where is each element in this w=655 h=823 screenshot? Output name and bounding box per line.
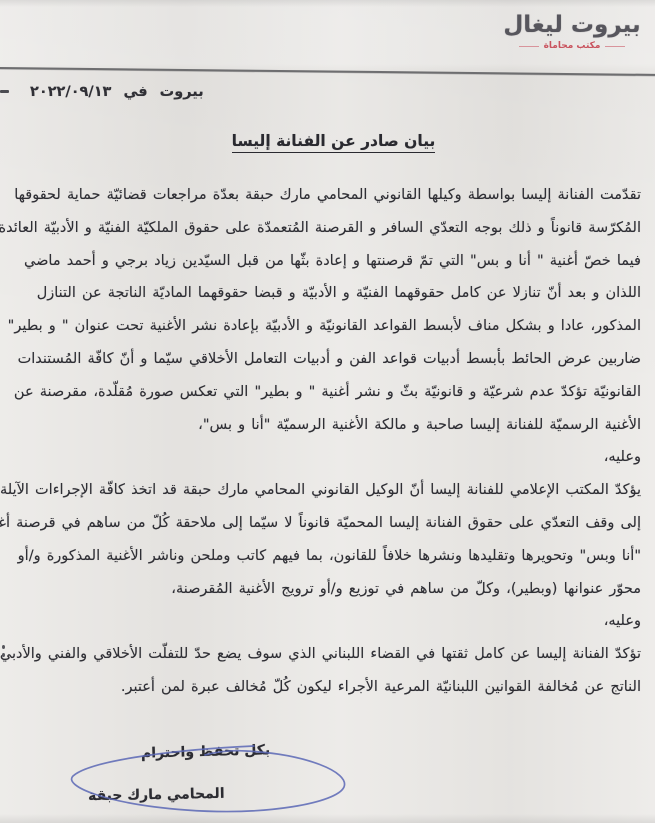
letterhead-divider (0, 67, 655, 76)
body-line: المُكرّسة قانوناً و ذلك بوجه التعدّي الس… (6, 212, 641, 245)
body-line: يؤكدّ المكتب الإعلامي للفنانة إليسا أنّ … (6, 474, 641, 507)
firm-logo-subtitle-text: مكتب محاماة (544, 41, 601, 51)
scan-speck (0, 90, 9, 93)
body-line: إلى وقف التعدّي على حقوق الفنانة إليسا ا… (6, 507, 641, 540)
body-line: تؤكدّ الفنانة إليسا عن كامل ثقتها في الق… (6, 638, 641, 671)
body-line: تقدّمت الفنانة إليسا بواسطة وكيلها القان… (6, 179, 641, 212)
statement-title: بيان صادر عن الفنانة إليسا (232, 132, 436, 153)
statement-title-wrap: بيان صادر عن الفنانة إليسا (0, 131, 655, 153)
scan-speck (2, 645, 5, 649)
scanned-letter-page: بيروت ليغال مكتب محاماة بيروت في ٢٠٢٢/٠٩… (0, 0, 655, 823)
body-line: ضاربين عرض الحائط بأبسط أدبيات قواعد الف… (6, 343, 641, 376)
scan-speck (2, 653, 5, 657)
body-line: "أنا وبس" وتحويرها وتقليدها ونشرها خلافا… (6, 540, 641, 573)
firm-logo-title: بيروت ليغال (497, 13, 647, 38)
body-line: فيما خصّ أغنية " أنا و بس" التي تمّ قرصن… (6, 245, 641, 278)
logo-dash-right (519, 46, 539, 48)
body-line: محوّر عنوانها (وبطير)، وكلّ من ساهم في ت… (6, 573, 641, 606)
body-line: الناتج عن مُخالفة القوانين اللبنانيّة ال… (6, 671, 641, 704)
signature-scribble-icon (58, 735, 358, 823)
firm-logo-subtitle: مكتب محاماة (497, 41, 647, 51)
body-line: الأغنية الرسميّة للفنانة إليسا صاحبة و م… (6, 409, 641, 442)
date-line: بيروت في ٢٠٢٢/٠٩/١٣ (30, 84, 204, 100)
logo-dash-left (605, 46, 625, 48)
body-line: المذكور، عادا و بشكل مناف لأبسط القواعد … (6, 310, 641, 343)
body-line: اللذان و بعد أنّ تنازلا عن كامل حقوقهما … (6, 277, 641, 310)
body-line: القانونيّة تؤكدّ عدم شرعيّة و قانونيّة ب… (6, 376, 641, 409)
statement-body: تقدّمت الفنانة إليسا بواسطة وكيلها القان… (6, 179, 641, 704)
body-line: وعليه، (6, 441, 641, 474)
firm-logo: بيروت ليغال مكتب محاماة (497, 13, 647, 51)
body-line: وعليه، (6, 605, 641, 638)
